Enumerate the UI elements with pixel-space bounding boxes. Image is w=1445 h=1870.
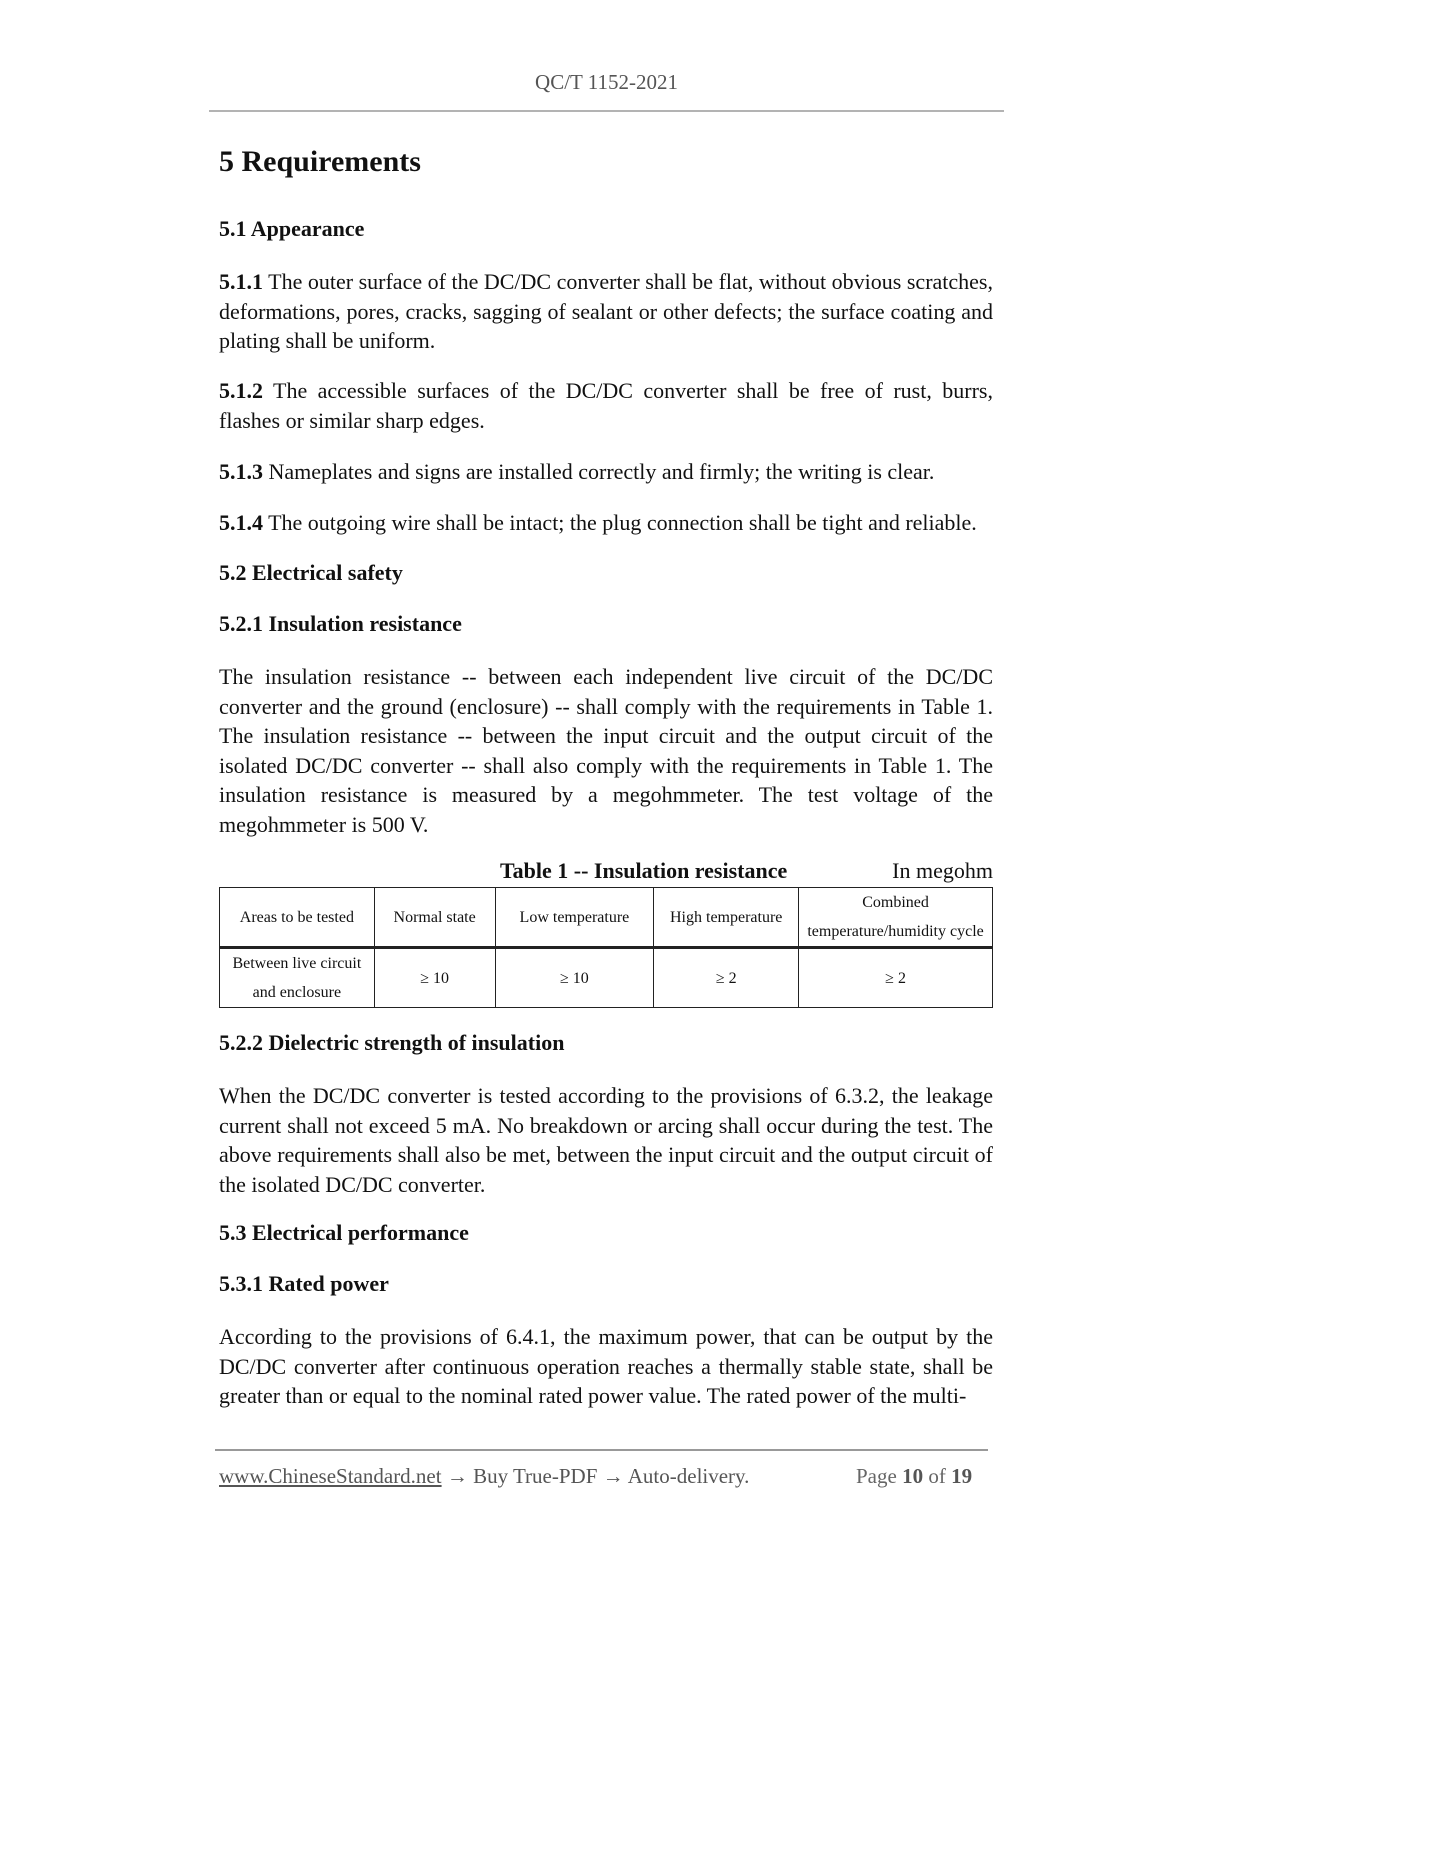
heading-5-3: 5.3 Electrical performance xyxy=(219,1220,469,1246)
insulation-resistance-table: Areas to be tested Normal state Low temp… xyxy=(219,887,993,1008)
table-header-row: Areas to be tested Normal state Low temp… xyxy=(220,888,993,948)
table-caption: Table 1 -- Insulation resistance In mego… xyxy=(219,858,993,888)
delivery-text: Auto-delivery. xyxy=(628,1464,750,1488)
heading-5-1: 5.1 Appearance xyxy=(219,216,364,242)
footer-promo: www.ChineseStandard.net → Buy True-PDF →… xyxy=(219,1464,749,1489)
clause-number: 5.1.1 xyxy=(219,269,263,294)
table-cell: ≥ 10 xyxy=(374,948,495,1008)
clause-text: The outgoing wire shall be intact; the p… xyxy=(263,510,977,535)
clause-number: 5.1.3 xyxy=(219,459,263,484)
clause-5-1-3: 5.1.3 Nameplates and signs are installed… xyxy=(219,457,993,487)
table-header-cell: Combined temperature/humidity cycle xyxy=(799,888,993,948)
table-header-cell: Low temperature xyxy=(495,888,654,948)
clause-text: Nameplates and signs are installed corre… xyxy=(263,459,934,484)
header-divider xyxy=(209,110,1004,112)
of-label: of xyxy=(928,1464,946,1488)
table-title: Table 1 -- Insulation resistance xyxy=(500,858,787,884)
section-title: 5 Requirements xyxy=(219,145,421,179)
page-total: 19 xyxy=(951,1464,972,1488)
buy-text: Buy True-PDF xyxy=(473,1464,597,1488)
clause-5-1-1: 5.1.1 The outer surface of the DC/DC con… xyxy=(219,267,993,356)
page-current: 10 xyxy=(902,1464,923,1488)
heading-5-2: 5.2 Electrical safety xyxy=(219,560,403,586)
paragraph-insulation-resistance: The insulation resistance -- between eac… xyxy=(219,662,993,839)
table-unit: In megohm xyxy=(892,858,993,884)
arrow-right-icon: → xyxy=(603,1464,624,1488)
heading-5-2-2: 5.2.2 Dielectric strength of insulation xyxy=(219,1030,564,1056)
clause-5-1-2: 5.1.2 The accessible surfaces of the DC/… xyxy=(219,376,993,435)
table-cell: Between live circuit and enclosure xyxy=(220,948,375,1008)
document-id-header: QC/T 1152-2021 xyxy=(209,70,1004,95)
table-cell: ≥ 2 xyxy=(654,948,799,1008)
clause-text: The outer surface of the DC/DC converter… xyxy=(219,269,993,353)
heading-5-3-1: 5.3.1 Rated power xyxy=(219,1271,389,1297)
table-cell: ≥ 10 xyxy=(495,948,654,1008)
clause-number: 5.1.4 xyxy=(219,510,263,535)
arrow-right-icon: → xyxy=(447,1464,468,1488)
clause-5-1-4: 5.1.4 The outgoing wire shall be intact;… xyxy=(219,508,993,538)
paragraph-dielectric-strength: When the DC/DC converter is tested accor… xyxy=(219,1081,993,1199)
table-row: Between live circuit and enclosure ≥ 10 … xyxy=(220,948,993,1008)
page-indicator: Page 10 of 19 xyxy=(856,1464,972,1489)
table-header-cell: Areas to be tested xyxy=(220,888,375,948)
footer-divider xyxy=(215,1449,988,1451)
clause-number: 5.1.2 xyxy=(219,378,263,403)
paragraph-rated-power: According to the provisions of 6.4.1, th… xyxy=(219,1322,993,1411)
clause-text: The accessible surfaces of the DC/DC con… xyxy=(219,378,993,433)
heading-5-2-1: 5.2.1 Insulation resistance xyxy=(219,611,462,637)
page-label: Page xyxy=(856,1464,897,1488)
website-link[interactable]: www.ChineseStandard.net xyxy=(219,1464,442,1488)
table-cell: ≥ 2 xyxy=(799,948,993,1008)
table-header-cell: High temperature xyxy=(654,888,799,948)
table-header-cell: Normal state xyxy=(374,888,495,948)
